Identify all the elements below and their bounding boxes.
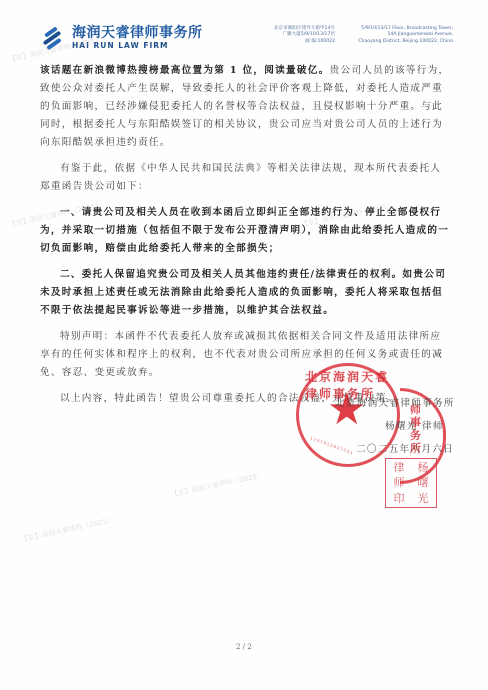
- lawyer-square-seal: 律 师 印 杨 曙 光: [385, 458, 437, 508]
- signature-date: 二〇二五年八月六日: [356, 441, 454, 455]
- letter-page: 海润天睿律师事务所 HAI RUN LAW FIRM 北京市朝阳区建外大街甲14…: [0, 0, 488, 690]
- paragraph-demand-2: 二、委托人保留追究贵公司及相关人员其他违约责任/法律责任的权利。如贵公司未及时承…: [40, 266, 450, 320]
- page-number: 2 / 2: [236, 643, 252, 651]
- paragraph-demand-1: 一、请贵公司及相关人员在收到本函后立即纠正全部违约行为、停止全部侵权行为，并采取…: [40, 204, 450, 258]
- signature-firm: 北京海润天睿律师事务所: [335, 395, 455, 409]
- paragraph-impact: 该话题在新浪微博热搜榜最高位置为第 1 位，阅读量破亿。贵公司人员的该等行为，致…: [40, 62, 450, 152]
- signature-lawyer: 杨曙光 律师: [385, 418, 444, 432]
- address-cn: 北京市朝阳区建外大街甲14号 广播大厦5/9/10/13/17层 邮 编:100…: [265, 26, 335, 45]
- watermark: 【京】海润天睿律师（2025）: [170, 470, 265, 499]
- watermark: 【京】海润天睿律师（2025）: [20, 515, 115, 544]
- paragraph-notice: 有鉴于此，依据《中华人民共和国民法典》等相关法律法规，现本所代表委托人郑重函告贵…: [40, 160, 450, 196]
- address-en: 5/9/10/13/17 Floor, Broadcasting Tower, …: [343, 26, 453, 45]
- letter-body: 该话题在新浪微博热搜榜最高位置为第 1 位，阅读量破亿。贵公司人员的该等行为，致…: [40, 62, 450, 408]
